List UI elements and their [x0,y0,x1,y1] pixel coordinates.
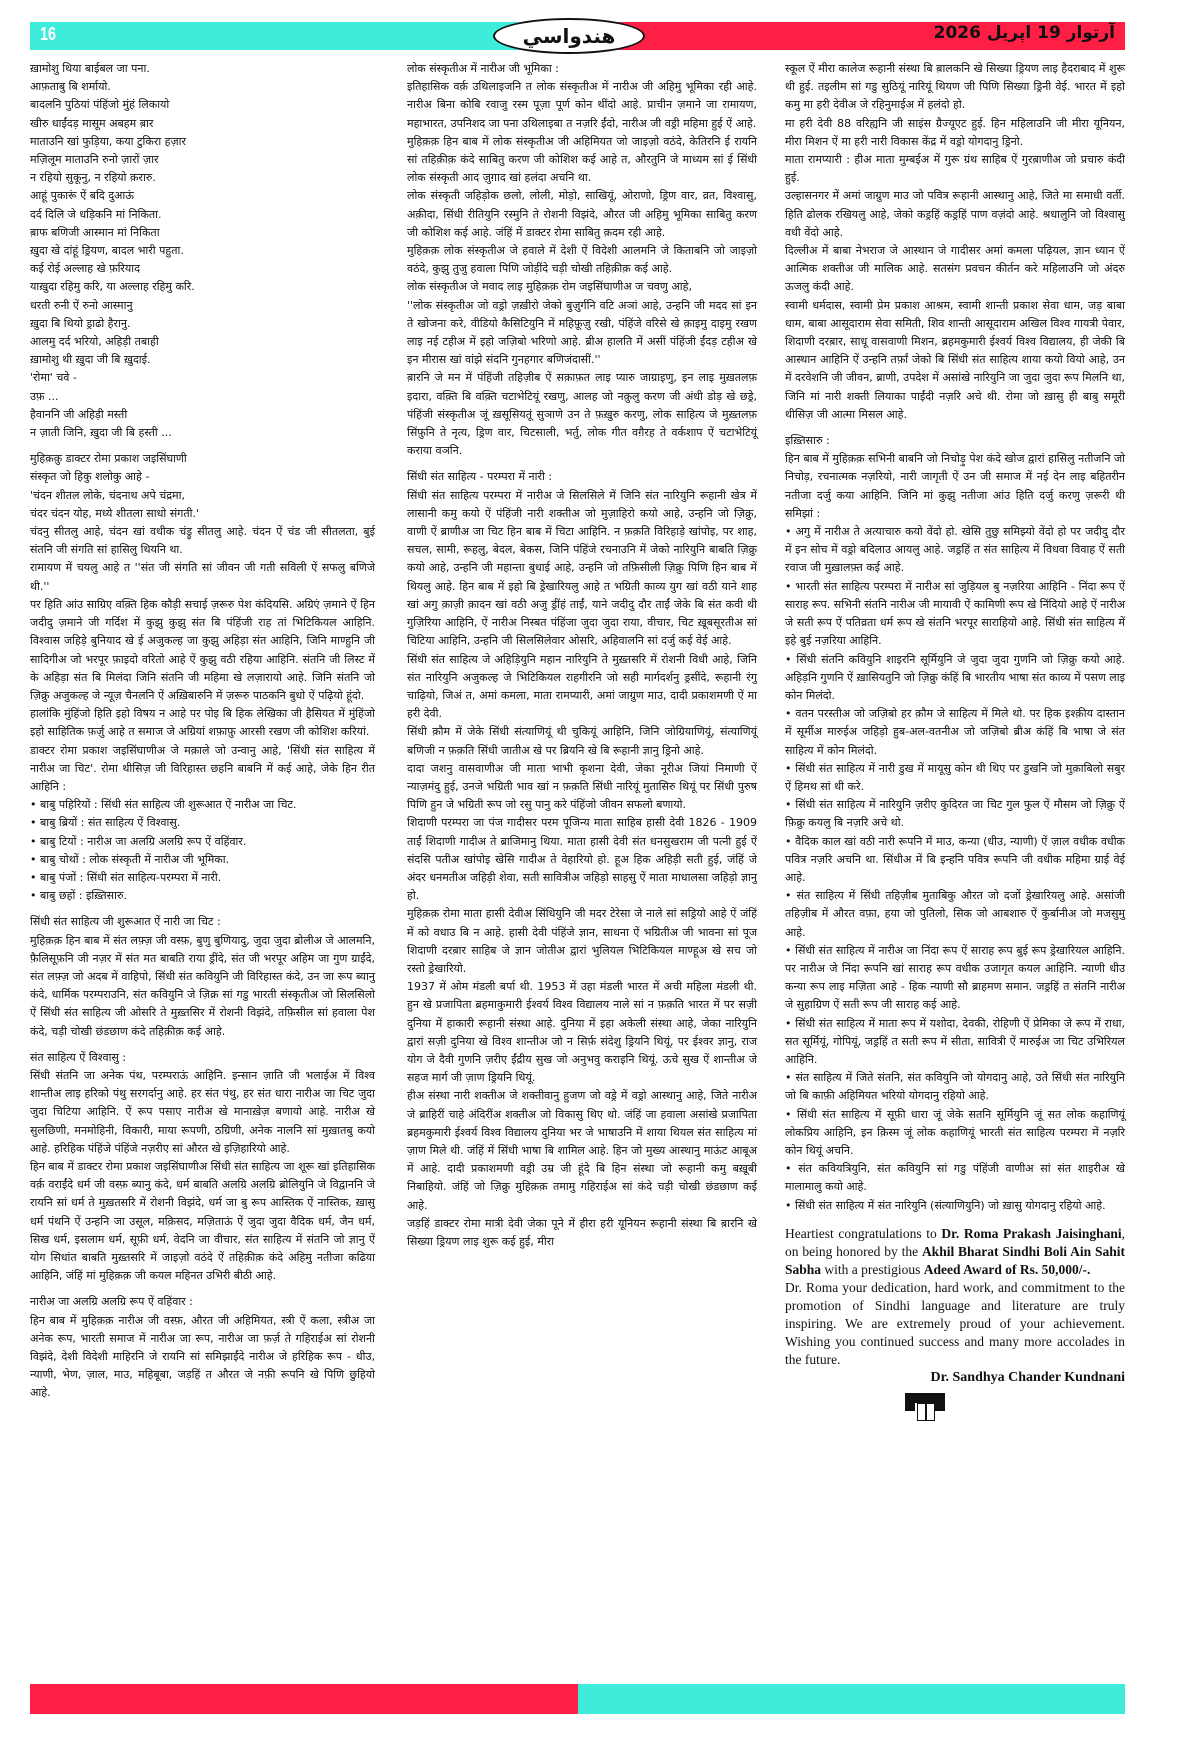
poem-line: ख़ुदा खे दांहूं ड्रियण, बादल भारी पहुता. [30,242,375,260]
conclusion-item: भारती संत साहित्य परम्परा में नारीअ सां … [785,578,1125,651]
end-of-article-icon [905,1393,945,1421]
poem-line: धरती रुनी ऐं रुनो आस्मानु [30,297,375,315]
congratulations-note: Heartiest congratulations to Dr. Roma Pr… [785,1225,1125,1369]
poem-line: आहूं पुकारूं ऐं बदि दुआऊं [30,187,375,205]
section-heading: नारीअ जा अलग्रि अलग्रि रूप ऐं वहिंवार : [30,1293,375,1311]
paragraph: सिंधी संत साहित्य परम्परा में नारीअ जे स… [407,487,757,651]
chapter-item: बाबु पहिरियों : सिंधी संत साहित्य जी शुर… [30,796,375,814]
section-heading: लोक संस्कृतीअ में नारीअ जी भूमिका : [407,60,757,78]
newspaper-logo: هندواسي [493,18,645,54]
conclusion-item: सिंधी संत साहित्य में सूफ़ी धारा जूं जेक… [785,1106,1125,1161]
paragraph: हिन बाब में मुहिक़क़ नारीअ जी वस्फ़, औरत… [30,1312,375,1403]
poem-line: हैवाननि जी अहिड़ी मस्ती [30,406,375,424]
paragraph: दादा जशनु वासवाणीअ जी माता भाभी कृशना दे… [407,760,757,815]
paragraph: हिन बाब में डाक्टर रोमा प्रकाश जइसिंघाणी… [30,1158,375,1285]
poem-line: 'रोमा' चवे - [30,369,375,387]
paragraph: रामायण में चयलु आहे त ''संत जी संगति सां… [30,559,375,595]
paragraph: लोक संस्कृती जहिड़ोक छलो, लोली, मोड़ो, स… [407,187,757,242]
paragraph: 1937 में ओम मंडली बर्पा थी. 1953 में उहा… [407,978,757,1087]
paragraph: मुहिक़क़ हिन बाब में संत लफ़्ज़ जी वस्फ़… [30,932,375,1041]
paragraph: मुहिक़क़ हिन बाब में लोक संस्कृतीअ जी अह… [407,133,757,188]
paragraph: इतिहासिक वर्क़ उथिलाइजनि त लोक संस्कृतीअ… [407,78,757,133]
section-heading: इख़्तिसारु : [785,432,1125,450]
poem-line: याख़ुदा रहिमु करि, या अल्लाह रहिमु करि. [30,278,375,296]
paragraph: जड़हिं डाक्टर रोमा मात्री देवी जेका पूने… [407,1215,757,1251]
chapter-item: बाबु चोथों : लोक संस्कृती में नारीअ जी भ… [30,851,375,869]
poem-line: उफ़ ... [30,388,375,406]
issue-date: آرتوار 19 اپريل 2026 [934,23,1115,43]
shloka-line: चंदर चंदन योह, मध्ये शीतला साधो संगती.' [30,505,375,523]
column-3: स्कूल ऐं मीरा कालेज रूहानी संस्था बि ब़ा… [785,60,1125,1421]
poem-line: आलमु दर्द भरियो, अहिड़ी तबाही [30,333,375,351]
poem-line: कई रोई अल्लाह खे फ़रियाद [30,260,375,278]
paragraph: स्कूल ऐं मीरा कालेज रूहानी संस्था बि ब़ा… [785,60,1125,115]
paragraph: स्वामी धर्मदास, स्वामी प्रेम प्रकाश आश्र… [785,297,1125,424]
paragraph: चंदनु सीतलु आहे, चंदन खां वधीक चंड्रु सी… [30,523,375,559]
masthead-right-red: آرتوار 19 اپريل 2026 [605,22,1125,50]
chapter-item: बाबु पंजों : सिंधी संत साहित्य-परम्परा म… [30,869,375,887]
shloka-line: 'चंदन शीतल लोके, चंदनाथ अपे चंद्रमा, [30,487,375,505]
paragraph: शिदाणी परम्परा जा पंज गादीसर परम पूजिन्य… [407,814,757,905]
paragraph: मा हरी देवी 88 वरिह्यनि जी साइंस ग्रैज्य… [785,115,1125,151]
congratulations-body: Dr. Roma your dedication, hard work, and… [785,1279,1125,1369]
poem-line: दर्द दिलि जे धड़िकनि मां निकिता. [30,206,375,224]
poem-line: मज़िलूम माताउनि रुनो ज़ारों ज़ार [30,151,375,169]
poem-line: न रहियो सुकूनु, न रहियो क़रारु. [30,169,375,187]
chapter-item: बाबु ब्रियों : संत साहित्य ऐं विश्वासु. [30,814,375,832]
conclusion-item: वतन परस्तीअ जो जज़िबो हर क़ौम जे साहित्य… [785,705,1125,760]
conclusion-item: संत साहित्य में सिंधी तहिज़ीब मुताबिकु औ… [785,887,1125,942]
quote-paragraph: ''लोक संस्कृतीअ जो वड्रो ज़ख़ीरो जेको बु… [407,297,757,370]
conclusion-item: संत कवियत्रियुनि, संत कवियुनि सां गडु पं… [785,1160,1125,1196]
section-heading: सिंधी संत साहित्य - परम्परा में नारी : [407,468,757,486]
poem-line: ख़ामोशु थिया बाईबल जा पना. [30,60,375,78]
page-number: 16 [40,24,56,45]
conclusion-item: सिंधी संत साहित्य में संत नारियुनि (संत्… [785,1197,1125,1215]
paragraph: दिल्लीअ में बाबा नेभराज जे आस्थान जे गाद… [785,242,1125,297]
award-name: Adeed Award of Rs. 50,000/-. [924,1262,1091,1277]
poem-line: ख़ामोशु थी ख़ुदा जी बि ख़ुदाई. [30,351,375,369]
paragraph: सिंधी क़ौम में जेके सिंधी संत्याणियूं थी… [407,723,757,759]
conclusion-item: संत साहित्य में जिते संतनि, संत कवियुनि … [785,1069,1125,1105]
paragraph: हिन बाब में मुहिक़क़ सभिनी बाबनि जो निचो… [785,450,1125,523]
poem-line: खीरु धाईंदड़ मासूम अबहम ब़ार [30,115,375,133]
chapter-item: बाबु छहों : इख़्तिसारु. [30,887,375,905]
footer-bar [30,1684,1125,1714]
paragraph: सिंधी संत साहित्य जे अहिड़ियुनि महान नार… [407,651,757,724]
conclusion-item: सिंधी संत साहित्य में नारियुनि ज़रीए कुद… [785,796,1125,832]
section-heading: संत साहित्य ऐं विश्वासु : [30,1049,375,1067]
poem-line: ख़ुदा बि थियो ड्राढो हैरानु. [30,315,375,333]
paragraph: सिंधी संतनि जा अनेक पंथ, परम्पराऊं आहिनि… [30,1067,375,1158]
poem-line: माताउनि खां फुड़िया, कया टुकिरा हज़ार [30,133,375,151]
conclusion-item: सिंधी संतनि कवियुनि शाइरनि सूर्मियुनि जे… [785,651,1125,706]
footer-red-block [30,1684,578,1714]
chapter-item: बाबु टियों : नारीअ जा अलग्रि अलग्रि रूप … [30,833,375,851]
paragraph: मुहिक़क़ लोक संस्कृतीअ जे हवाले में देशी… [407,242,757,278]
intro-line: संस्कृत जो हिकु शलोकु आहे - [30,468,375,486]
signature: Dr. Sandhya Chander Kundnani [785,1369,1125,1387]
poem-line: ब़ाफ बणिजी आस्मान मां निकिता [30,224,375,242]
poem-line: बादलनि पुठियां पंहिंजो मुंहं लिकायो [30,96,375,114]
paragraph: ब़ारनि जे मन में पंहिंजी तहिज़ीब ऐं सक़ा… [407,369,757,460]
paragraph: डाक्टर रोमा प्रकाश जइसिंघाणीअ जे मक़ाले … [30,742,375,797]
poem-line: न ज़ाती जिनि, ख़ुदा जी बि हस्ती ... [30,424,375,442]
article-columns: ख़ामोशु थिया बाईबल जा पना. आफ़ताबु बि शर… [30,60,1125,1670]
conclusion-item: अगु में नारीअ ते अत्याचारु कयो वेंदो हो.… [785,523,1125,578]
poem: ख़ामोशु थिया बाईबल जा पना. आफ़ताबु बि शर… [30,60,375,442]
poem-line: आफ़ताबु बि शर्मायो. [30,78,375,96]
paragraph: लोक संस्कृतीअ जे मवाद लाइ मुहिक़क़ रोम ज… [407,278,757,296]
column-1: ख़ामोशु थिया बाईबल जा पना. आफ़ताबु बि शर… [30,60,375,1403]
section-heading: सिंधी संत साहित्य जी शुरूआत ऐं नारी जा च… [30,913,375,931]
paragraph: हालांकि मुंहिंजो हिति इहो विषय न आहे पर … [30,705,375,741]
column-2: लोक संस्कृतीअ में नारीअ जी भूमिका : इतिह… [407,60,757,1251]
conclusion-item: सिंधी संत साहित्य में माता रूप में यशोदा… [785,1015,1125,1070]
awardee-name: Dr. Roma Prakash Jaisinghani [941,1226,1121,1241]
conclusion-item: वैदिक काल खां वठी नारी रूपनि में माउ, कन… [785,833,1125,888]
paragraph: हीअ संस्था नारी शक्तीअ जे शक्तीवानु हुजण… [407,1087,757,1214]
paragraph: माता रामप्यारी : हीअ माता मुम्बईअ में गु… [785,151,1125,187]
intro-line: मुहिक़क़ु डाक्टर रोमा प्रकाश जइसिंघाणी [30,450,375,468]
footer-cyan-block [578,1684,1125,1714]
paragraph: उल्हासनगर में अमां जाग्रुण माउ जो पवित्र… [785,187,1125,242]
paragraph: मुहिक़क़ रोमा माता हासी देवीअ सिंधियुनि … [407,905,757,978]
paragraph: पर हिति आंउ साग्रिए वक़्ति हिक कौड़ी सचा… [30,596,375,705]
conclusion-item: सिंधी संत साहित्य में नारी डुख में मायूस… [785,760,1125,796]
conclusion-item: सिंधी संत साहित्य में नारीअ जा निंदा रूप… [785,942,1125,1015]
